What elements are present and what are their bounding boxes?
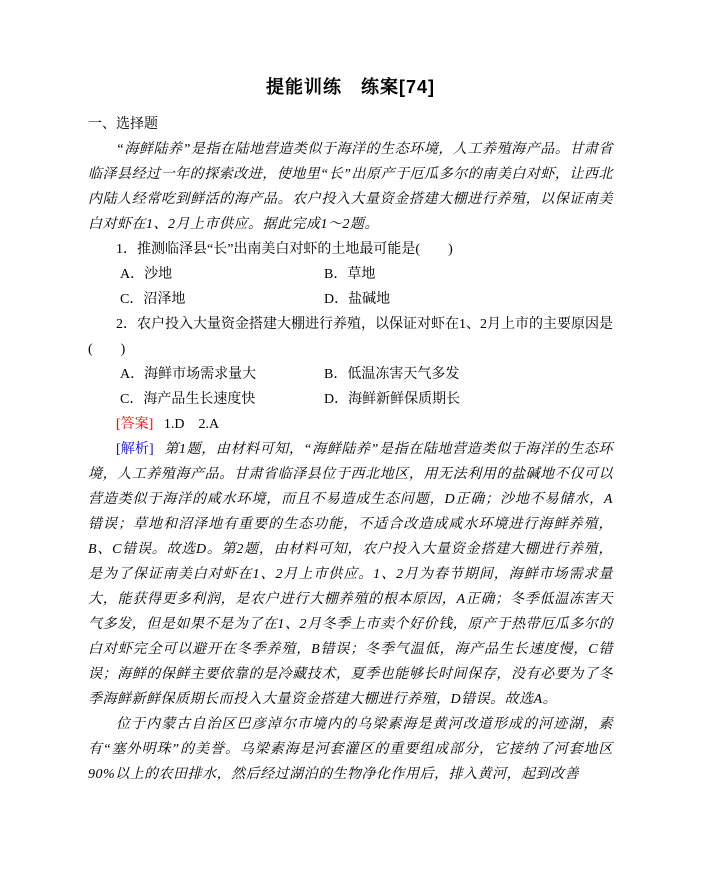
question-1-options: A．沙地 B．草地 C．沼泽地 D．盐碱地 xyxy=(88,262,613,312)
question-1-stem: 1．推测临泽县“长”出南美白对虾的土地最可能是( ) xyxy=(88,237,613,262)
question-1-option-d: D．盐碱地 xyxy=(324,287,613,312)
question-2-option-d: D．海鲜新鲜保质期长 xyxy=(324,387,613,412)
question-2-option-a: A．海鲜市场需求量大 xyxy=(120,362,324,387)
answer-text: 1.D 2.A xyxy=(164,417,219,432)
question-2-option-b: B．低温冻害天气多发 xyxy=(324,362,613,387)
question-2-option-c: C．海产品生长速度快 xyxy=(120,387,324,412)
worksheet-page: 提能训练 练案[74] 一、选择题 “海鲜陆养”是指在陆地营造类似于海洋的生态环… xyxy=(0,0,701,877)
question-2-options: A．海鲜市场需求量大 B．低温冻害天气多发 C．海产品生长速度快 D．海鲜新鲜保… xyxy=(88,362,613,412)
analysis-paragraph: [解析]第1题，由材料可知，“海鲜陆养”是指在陆地营造类似于海洋的生态环境，人工… xyxy=(88,437,613,712)
page-title: 提能训练 练案[74] xyxy=(88,74,613,100)
question-1-option-a: A．沙地 xyxy=(120,262,324,287)
analysis-label: [解析] xyxy=(116,442,154,457)
material-paragraph-1: “海鲜陆养”是指在陆地营造类似于海洋的生态环境，人工养殖海产品。甘肃省临泽县经过… xyxy=(88,137,613,237)
question-1-option-b: B．草地 xyxy=(324,262,613,287)
answer-line: [答案]1.D 2.A xyxy=(88,412,613,437)
material-paragraph-2: 位于内蒙古自治区巴彦淖尔市境内的乌梁素海是黄河改道形成的河迹湖，素有“塞外明珠”… xyxy=(88,712,613,787)
question-2-stem: 2．农户投入大量资金搭建大棚进行养殖，以保证对虾在1、2月上市的主要原因是( ) xyxy=(88,312,613,362)
section-heading: 一、选择题 xyxy=(88,112,613,137)
question-1-option-c: C．沼泽地 xyxy=(120,287,324,312)
answer-label: [答案] xyxy=(116,417,153,432)
analysis-text: 第1题，由材料可知，“海鲜陆养”是指在陆地营造类似于海洋的生态环境，人工养殖海产… xyxy=(88,442,613,707)
